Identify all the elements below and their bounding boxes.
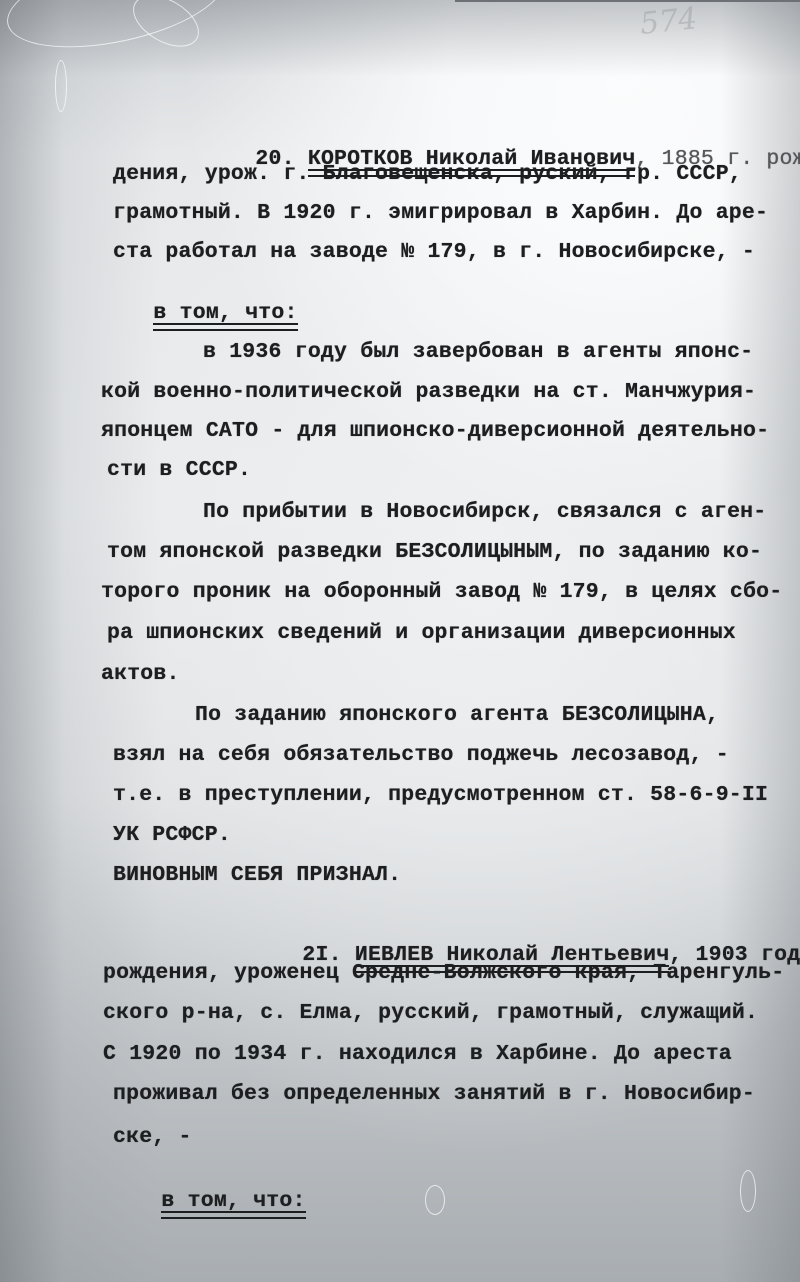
entry-line: С 1920 по 1934 г. находился в Харбине. Д… bbox=[103, 1042, 732, 1066]
verdict: ВИНОВНЫМ СЕБЯ ПРИЗНАЛ. bbox=[113, 863, 401, 887]
accused-heading: в том, что: bbox=[109, 1165, 306, 1237]
paragraph-line: том японской разведки БЕЗСОЛИЦЫНЫМ, по з… bbox=[107, 540, 762, 564]
handwritten-page-number: 574 bbox=[638, 1, 699, 42]
scan-edge bbox=[455, 0, 800, 2]
entry-line: ского р-на, с. Елма, русский, грамотный,… bbox=[103, 1001, 758, 1025]
entry-line: рождения, уроженец Средне-Волжского края… bbox=[103, 961, 784, 985]
film-scratch bbox=[425, 1185, 445, 1215]
film-scratch bbox=[124, 0, 207, 57]
paragraph-line: взял на себя обязательство поджечь лесоз… bbox=[113, 743, 729, 767]
paragraph-line: кой военно-политической разведки на ст. … bbox=[101, 380, 756, 404]
paragraph-line: По прибытии в Новосибирск, связался с аг… bbox=[203, 500, 766, 524]
film-scratch bbox=[740, 1170, 756, 1212]
film-scratch bbox=[55, 60, 67, 112]
paragraph-line: ра шпионских сведений и организации диве… bbox=[107, 621, 736, 645]
paragraph-line: т.е. в преступлении, предуcмотренном ст.… bbox=[113, 783, 768, 807]
paragraph-line: торого проник на оборонный завод № 179, … bbox=[101, 580, 782, 604]
accused-heading: в том, что: bbox=[101, 277, 298, 349]
film-scratch bbox=[0, 0, 233, 64]
paragraph-line: сти в СССР. bbox=[107, 458, 251, 482]
entry-line: ста работал на заводе № 179, в г. Новоси… bbox=[113, 240, 755, 264]
paragraph-line: УК РСФСР. bbox=[113, 823, 231, 847]
paragraph-line: японцем САТО - для шпионско-диверсионной… bbox=[101, 419, 769, 443]
entry-line: дения, урож. г. Благовещенска, руский, г… bbox=[113, 162, 742, 186]
entry-line: грамотный. В 1920 г. эмигрировал в Харби… bbox=[113, 201, 768, 225]
entry-line: ске, - bbox=[113, 1125, 192, 1149]
accused-heading-text: в том, что: bbox=[161, 1189, 305, 1213]
paragraph-line: в 1936 году был завербован в агенты япон… bbox=[203, 340, 753, 364]
entry-line: проживал без определенных занятий в г. Н… bbox=[113, 1082, 755, 1106]
paragraph-line: По заданию японского агента БЕЗСОЛИЦЫНА, bbox=[195, 703, 719, 727]
paragraph-line: актов. bbox=[101, 662, 180, 686]
accused-heading-text: в том, что: bbox=[153, 301, 297, 325]
